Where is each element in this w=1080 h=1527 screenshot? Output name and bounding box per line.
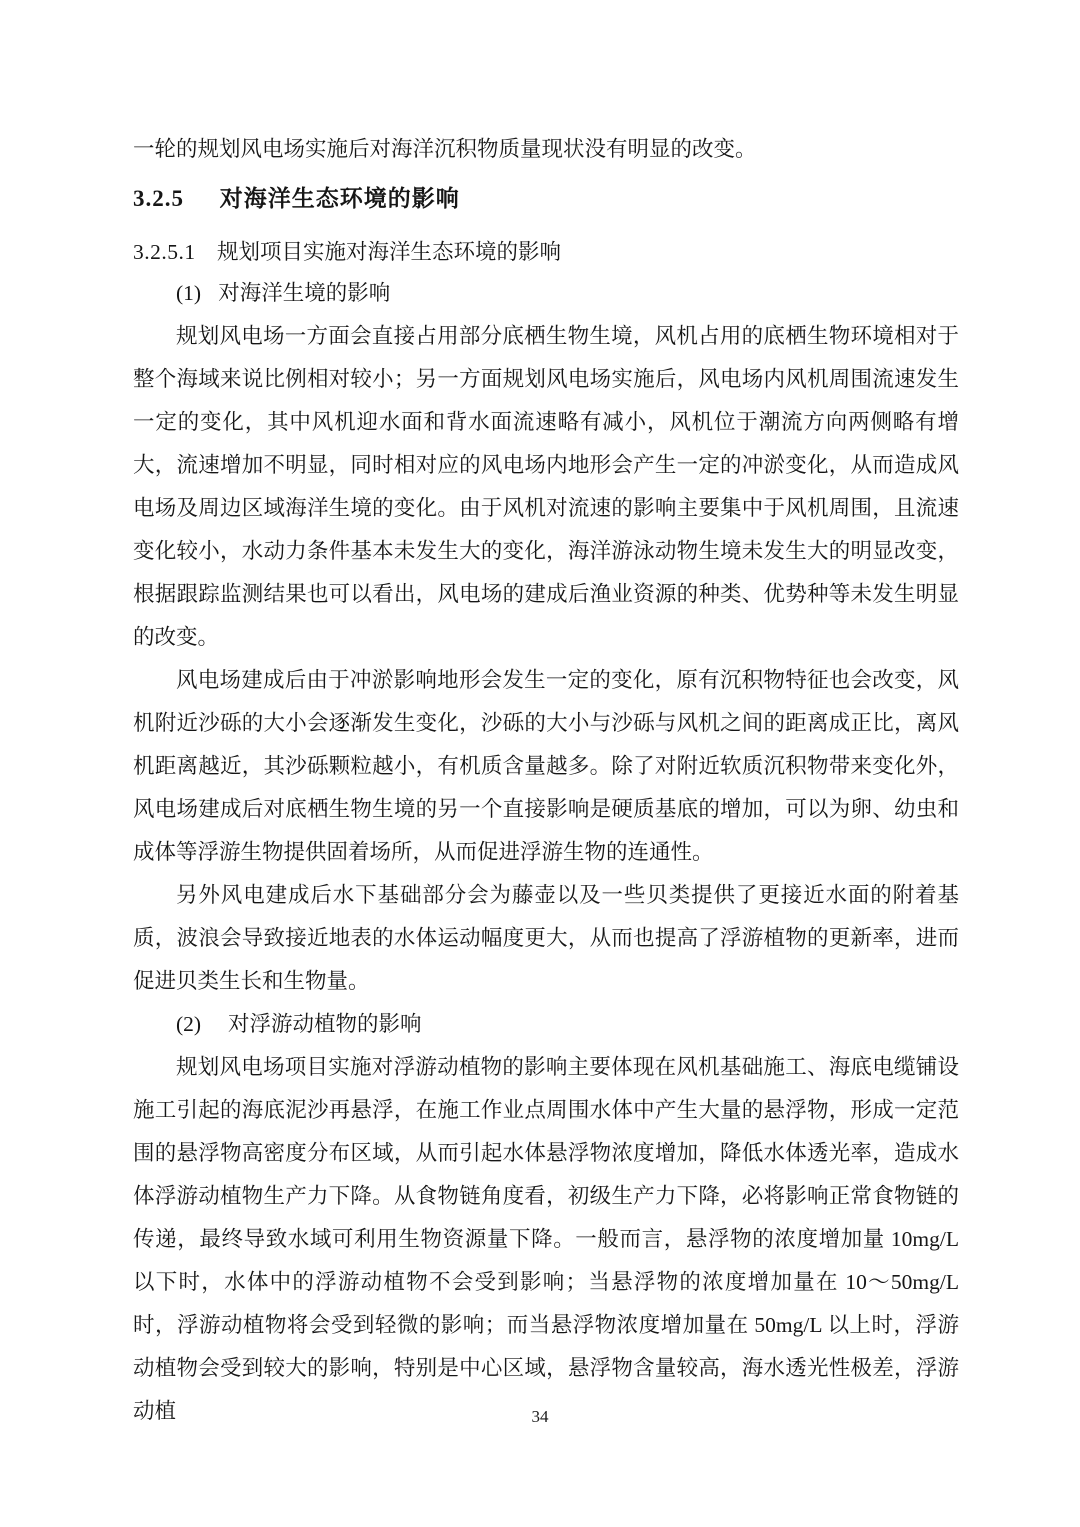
list-item-1-marker: (1) xyxy=(176,281,201,305)
list-item-2-label: 对浮游动植物的影响 xyxy=(228,1012,422,1036)
paragraph-sediment-change: 风电场建成后由于冲淤影响地形会发生一定的变化，原有沉积物特征也会改变，风机附近沙… xyxy=(133,659,959,874)
subsection-number: 3.2.5.1 xyxy=(133,240,196,264)
paragraph-plankton-impact: 规划风电场项目实施对浮游动植物的影响主要体现在风机基础施工、海底电缆铺设施工引起… xyxy=(133,1046,959,1433)
section-heading: 3.2.5 对海洋生态环境的影响 xyxy=(133,177,959,220)
page-content: 一轮的规划风电场实施后对海洋沉积物质量现状没有明显的改变。 3.2.5 对海洋生… xyxy=(133,128,959,1433)
paragraph-habitat-impact: 规划风电场一方面会直接占用部分底栖生物生境，风机占用的底栖生物环境相对于整个海域… xyxy=(133,315,959,659)
list-item-1: (1) 对海洋生境的影响 xyxy=(133,272,959,315)
paragraph-foundation-attachment: 另外风电建成后水下基础部分会为藤壶以及一些贝类提供了更接近水面的附着基质，波浪会… xyxy=(133,874,959,1003)
list-item-1-label: 对海洋生境的影响 xyxy=(218,281,390,305)
list-item-2: (2) 对浮游动植物的影响 xyxy=(133,1003,959,1046)
section-number: 3.2.5 xyxy=(133,186,184,211)
subsection-heading: 3.2.5.1 规划项目实施对海洋生态环境的影响 xyxy=(133,232,959,272)
subsection-title: 规划项目实施对海洋生态环境的影响 xyxy=(217,240,561,264)
document-page: 一轮的规划风电场实施后对海洋沉积物质量现状没有明显的改变。 3.2.5 对海洋生… xyxy=(0,0,1080,1527)
page-number: 34 xyxy=(0,1405,1080,1429)
list-item-2-marker: (2) xyxy=(176,1012,201,1036)
section-title: 对海洋生态环境的影响 xyxy=(220,185,460,211)
paragraph-continuation: 一轮的规划风电场实施后对海洋沉积物质量现状没有明显的改变。 xyxy=(133,128,959,171)
